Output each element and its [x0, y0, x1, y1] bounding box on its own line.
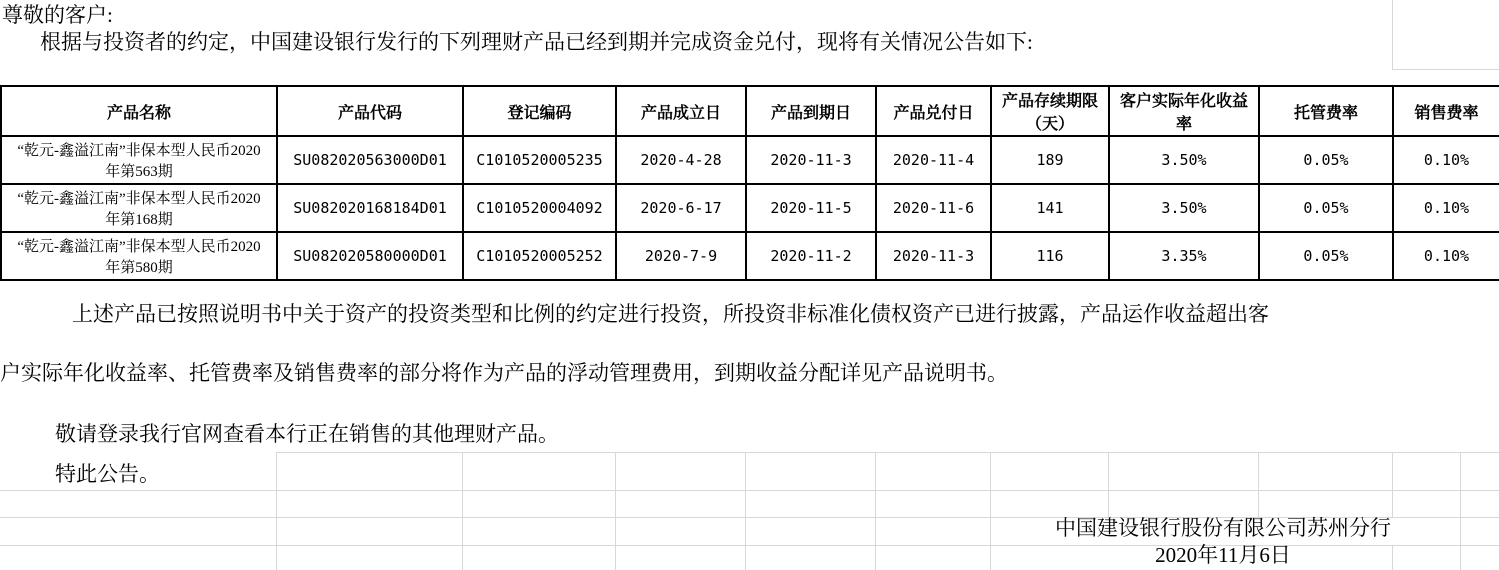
table-cell: 2020-11-5	[746, 184, 876, 232]
table-cell: 3.50%	[1109, 184, 1259, 232]
column-header: 产品兑付日	[876, 86, 991, 136]
note1-line2-text: 户实际年化收益率、托管费率及销售费率的部分将作为产品的浮动管理费用，到期收益分配…	[0, 360, 1008, 386]
column-header: 产品成立日	[616, 86, 746, 136]
gridline-horizontal	[0, 490, 1499, 491]
table-row: “乾元-鑫溢江南”非保本型人民币2020 年第563期SU08202056300…	[1, 136, 1499, 184]
table-cell: 0.10%	[1393, 184, 1499, 232]
table-cell: 2020-11-3	[746, 136, 876, 184]
table-cell: 0.05%	[1259, 136, 1393, 184]
gridline-vertical	[1392, 452, 1393, 517]
table-cell: 2020-6-17	[616, 184, 746, 232]
column-header: 产品名称	[1, 86, 277, 136]
table-cell: SU082020580000D01	[277, 232, 463, 280]
gridline-horizontal	[276, 452, 1499, 453]
table-cell: C1010520005252	[463, 232, 616, 280]
gridline-vertical	[1460, 452, 1461, 570]
table-cell: 3.50%	[1109, 136, 1259, 184]
table-cell: SU082020563000D01	[277, 136, 463, 184]
product-table: 产品名称产品代码登记编码产品成立日产品到期日产品兑付日产品存续期限 （天）客户实…	[0, 85, 1499, 281]
gridline-vertical	[1392, 0, 1393, 69]
gridline-vertical	[1258, 452, 1259, 517]
note3-text: 特此公告。	[55, 461, 160, 487]
table-cell: 0.10%	[1393, 232, 1499, 280]
table-cell: SU082020168184D01	[277, 184, 463, 232]
column-header: 产品代码	[277, 86, 463, 136]
column-header: 客户实际年化收益 率	[1109, 86, 1259, 136]
table-cell: 2020-7-9	[616, 232, 746, 280]
table-cell: 2020-4-28	[616, 136, 746, 184]
table-cell: 0.05%	[1259, 184, 1393, 232]
note1-line1-text: 上述产品已按照说明书中关于资产的投资类型和比例的约定进行投资，所投资非标准化债权…	[72, 301, 1269, 327]
column-header: 登记编码	[463, 86, 616, 136]
announcement-intro-text: 根据与投资者的约定，中国建设银行发行的下列理财产品已经到期并完成资金兑付，现将有…	[40, 29, 1033, 55]
table-cell: 2020-11-4	[876, 136, 991, 184]
product-name-cell: “乾元-鑫溢江南”非保本型人民币2020 年第563期	[1, 136, 277, 184]
announcement-sheet: 尊敬的客户: 根据与投资者的约定，中国建设银行发行的下列理财产品已经到期并完成资…	[0, 0, 1499, 570]
signature-date-text: 2020年11月6日	[1055, 542, 1391, 569]
issuer-name-text: 中国建设银行股份有限公司苏州分行	[1055, 515, 1391, 542]
table-cell: 2020-11-6	[876, 184, 991, 232]
gridline-vertical	[1392, 545, 1393, 570]
table-cell: C1010520004092	[463, 184, 616, 232]
column-header: 产品存续期限 （天）	[991, 86, 1109, 136]
column-header: 销售费率	[1393, 86, 1499, 136]
signature-block: 中国建设银行股份有限公司苏州分行 2020年11月6日	[1055, 515, 1391, 570]
table-row: “乾元-鑫溢江南”非保本型人民币2020 年第168期SU08202016818…	[1, 184, 1499, 232]
table-cell: 2020-11-3	[876, 232, 991, 280]
gridline-vertical	[745, 452, 746, 570]
gridline-vertical	[1108, 452, 1109, 517]
gridline-horizontal	[1392, 69, 1499, 70]
column-header: 产品到期日	[746, 86, 876, 136]
table-cell: 2020-11-2	[746, 232, 876, 280]
column-header: 托管费率	[1259, 86, 1393, 136]
table-cell: 0.05%	[1259, 232, 1393, 280]
product-name-cell: “乾元-鑫溢江南”非保本型人民币2020 年第168期	[1, 184, 277, 232]
table-cell: C1010520005235	[463, 136, 616, 184]
gridline-vertical	[276, 452, 277, 570]
gridline-vertical	[990, 452, 991, 570]
table-cell: 141	[991, 184, 1109, 232]
salutation-text: 尊敬的客户:	[2, 2, 113, 28]
table-cell: 189	[991, 136, 1109, 184]
table-cell: 3.35%	[1109, 232, 1259, 280]
gridline-vertical	[875, 452, 876, 570]
note2-text: 敬请登录我行官网查看本行正在销售的其他理财产品。	[55, 421, 559, 447]
gridline-vertical	[615, 452, 616, 570]
table-cell: 116	[991, 232, 1109, 280]
table-header-row: 产品名称产品代码登记编码产品成立日产品到期日产品兑付日产品存续期限 （天）客户实…	[1, 86, 1499, 136]
table-cell: 0.10%	[1393, 136, 1499, 184]
product-name-cell: “乾元-鑫溢江南”非保本型人民币2020 年第580期	[1, 232, 277, 280]
gridline-vertical	[462, 452, 463, 570]
table-row: “乾元-鑫溢江南”非保本型人民币2020 年第580期SU08202058000…	[1, 232, 1499, 280]
